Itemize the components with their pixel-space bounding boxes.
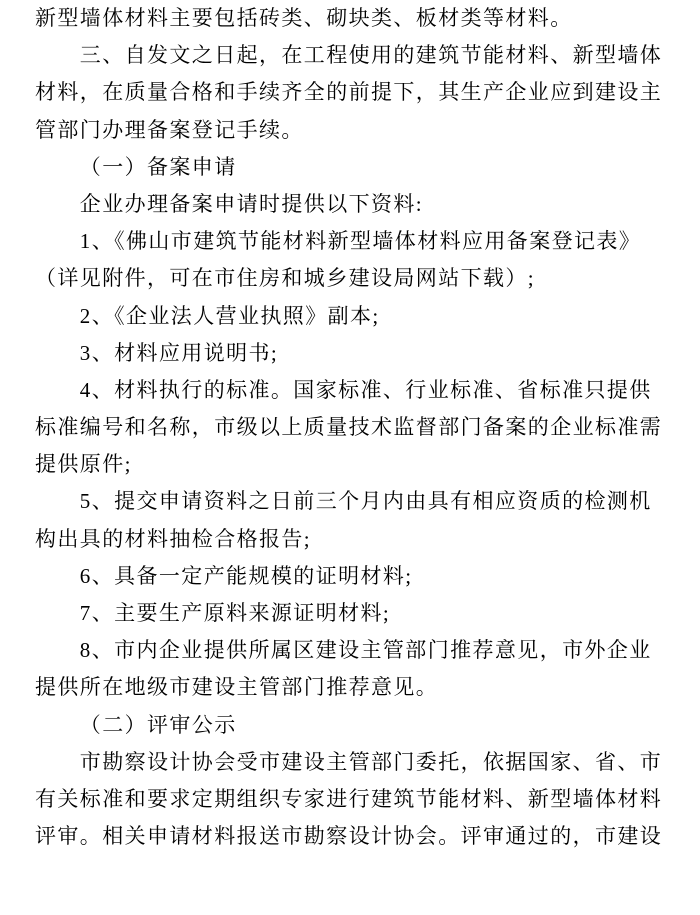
text-line-23: 评审。相关申请材料报送市勘察设计协会。评审通过的，市建设 — [35, 818, 665, 855]
text-line-9: 2、《企业法人营业执照》副本; — [35, 298, 665, 335]
text-line-2: 三、自发文之日起，在工程使用的建筑节能材料、新型墙体 — [35, 37, 665, 74]
text-line-4: 管部门办理备案登记手续。 — [35, 112, 665, 149]
text-line-21: 市勘察设计协会受市建设主管部门委托，依据国家、省、市 — [35, 744, 665, 781]
text-line-16: 6、具备一定产能规模的证明材料; — [35, 558, 665, 595]
text-line-15: 构出具的材料抽检合格报告; — [35, 521, 665, 558]
document-body: 新型墙体材料主要包括砖类、砌块类、板材类等材料。三、自发文之日起，在工程使用的建… — [35, 0, 665, 855]
text-line-20: （二）评审公示 — [35, 707, 665, 744]
text-line-6: 企业办理备案申请时提供以下资料: — [35, 186, 665, 223]
text-line-17: 7、主要生产原料来源证明材料; — [35, 595, 665, 632]
text-line-13: 提供原件; — [35, 446, 665, 483]
text-line-10: 3、材料应用说明书; — [35, 335, 665, 372]
text-line-7: 1、《佛山市建筑节能材料新型墙体材料应用备案登记表》 — [35, 223, 665, 260]
text-line-19: 提供所在地级市建设主管部门推荐意见。 — [35, 669, 665, 706]
text-line-1: 新型墙体材料主要包括砖类、砌块类、板材类等材料。 — [35, 0, 665, 37]
text-line-5: （一）备案申请 — [35, 149, 665, 186]
document-page: 新型墙体材料主要包括砖类、砌块类、板材类等材料。三、自发文之日起，在工程使用的建… — [0, 0, 700, 915]
text-line-11: 4、材料执行的标准。国家标准、行业标准、省标准只提供 — [35, 372, 665, 409]
text-line-22: 有关标准和要求定期组织专家进行建筑节能材料、新型墙体材料 — [35, 781, 665, 818]
text-line-18: 8、市内企业提供所属区建设主管部门推荐意见，市外企业 — [35, 632, 665, 669]
text-line-3: 材料，在质量合格和手续齐全的前提下，其生产企业应到建设主 — [35, 74, 665, 111]
text-line-14: 5、提交申请资料之日前三个月内由具有相应资质的检测机 — [35, 483, 665, 520]
text-line-8: （详见附件，可在市住房和城乡建设局网站下载）; — [35, 260, 665, 297]
text-line-12: 标准编号和名称，市级以上质量技术监督部门备案的企业标准需 — [35, 409, 665, 446]
